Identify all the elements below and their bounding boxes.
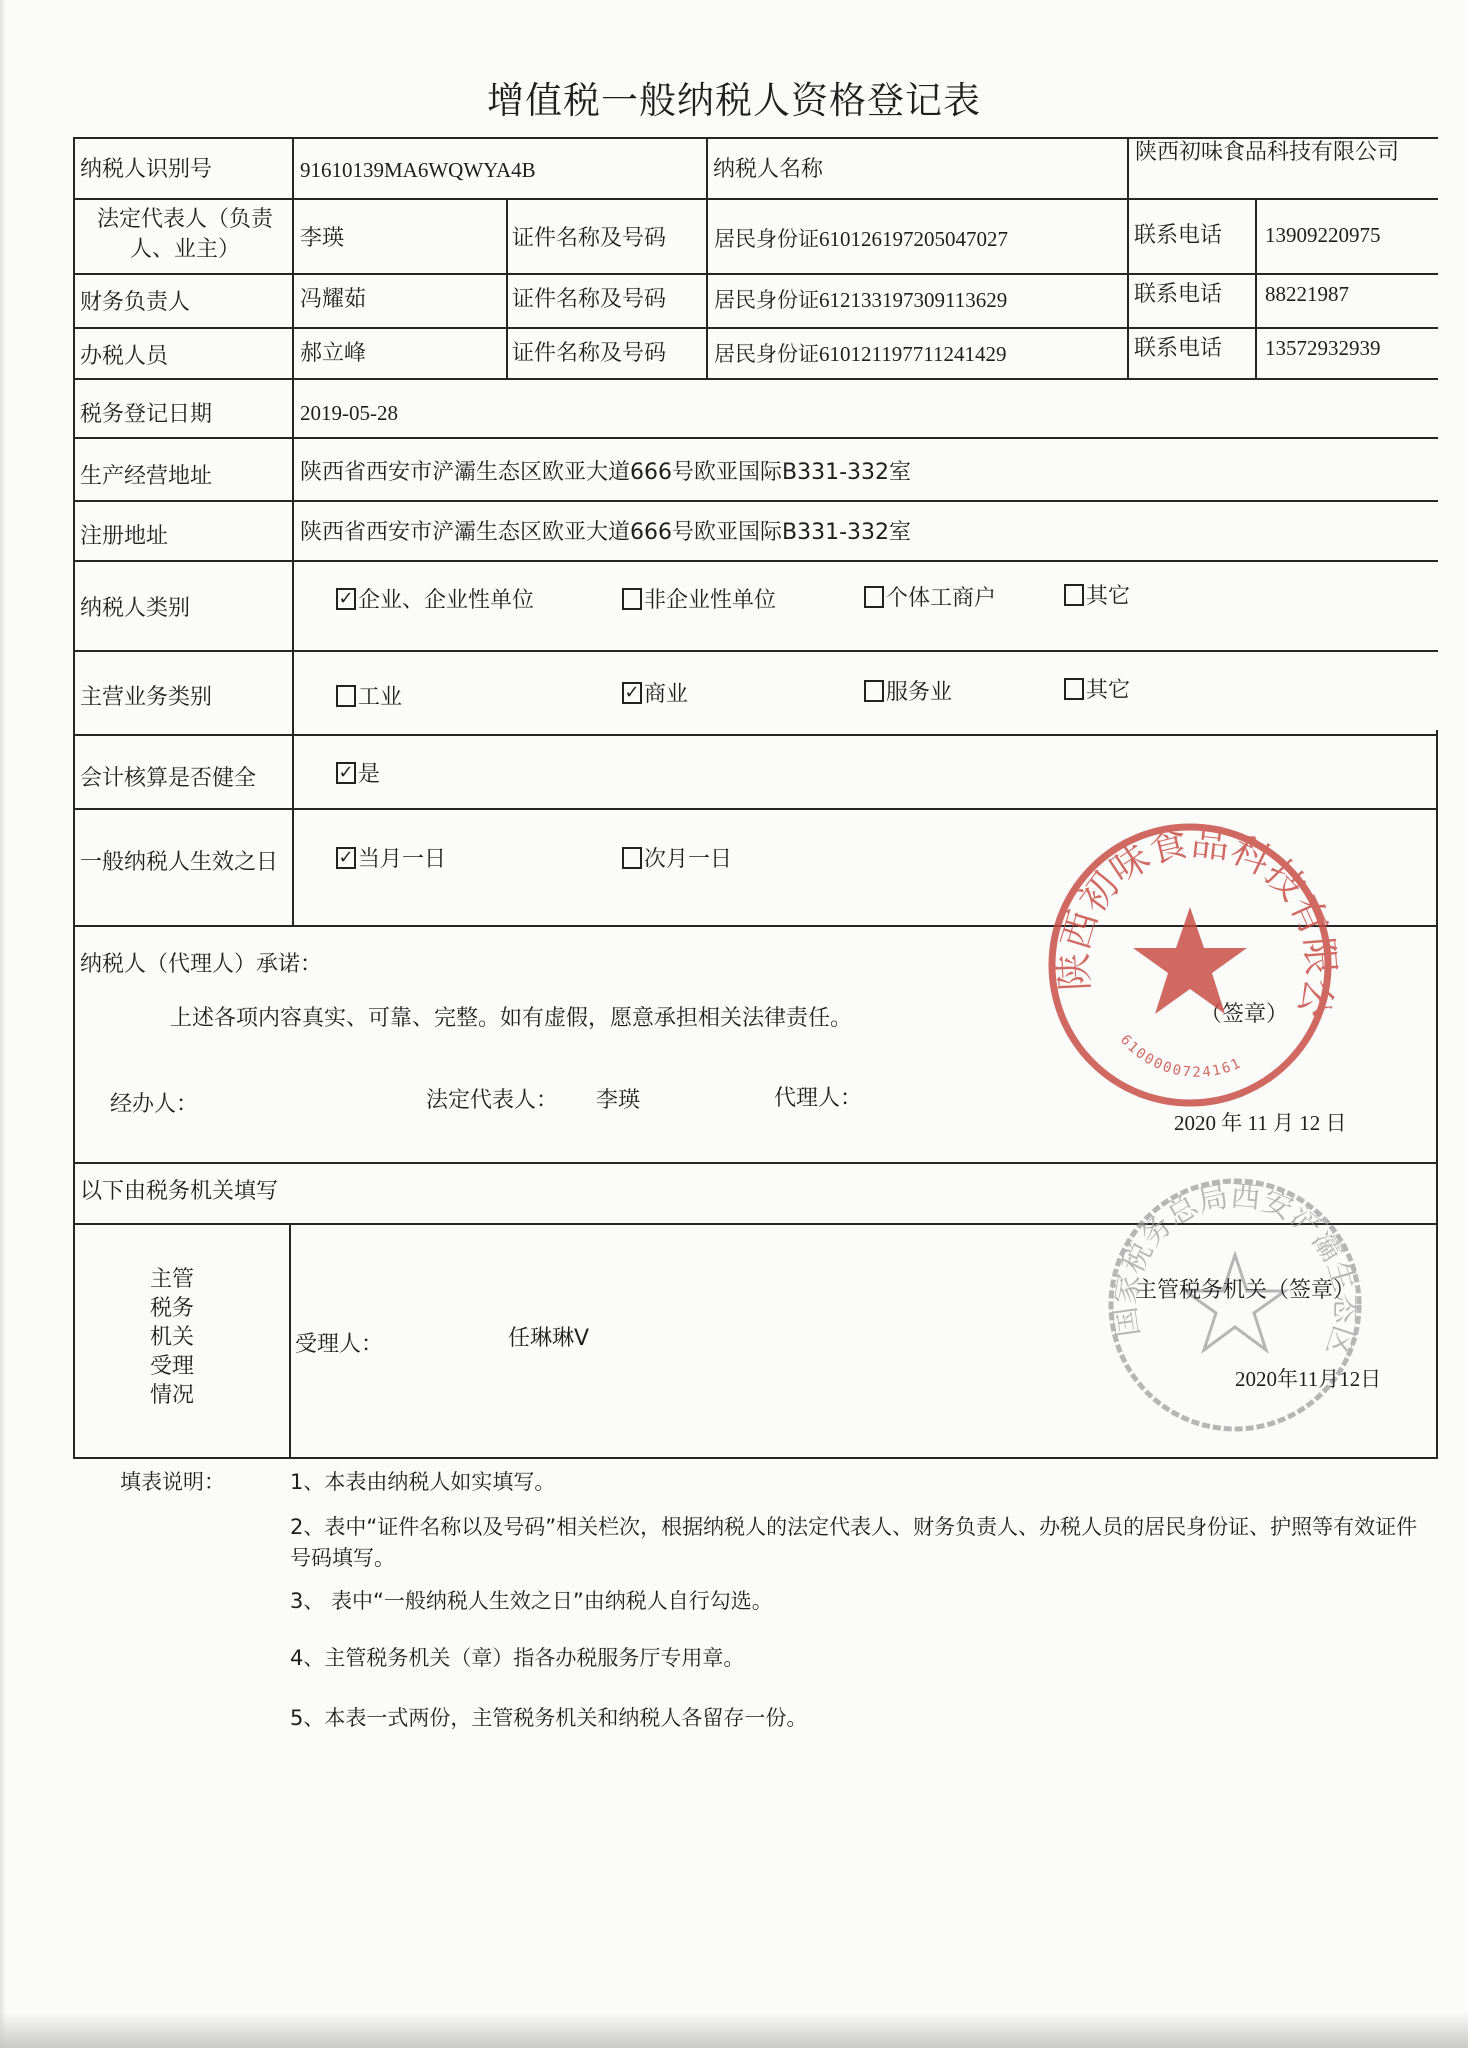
instructions-heading: 填表说明：: [120, 1467, 225, 1497]
taxpayer-type-non-enterprise-checkbox[interactable]: 非企业性单位: [622, 583, 776, 614]
registration-date-label: 税务登记日期: [80, 400, 212, 430]
registration-date-value: 2019-05-28: [300, 398, 398, 428]
svg-text:6100000724161: 6100000724161: [1117, 1032, 1245, 1081]
pledge-text: 上述各项内容真实、可靠、完整。如有虚假，愿意承担相关法律责任。: [170, 1004, 852, 1034]
page-edge-shadow: [0, 0, 6, 2048]
tax-authority-seal-label: 主管税务机关（签章）: [1135, 1276, 1355, 1306]
check-icon: ✓: [336, 762, 356, 784]
taxpayer-name-label: 纳税人名称: [713, 155, 823, 185]
legal-rep-cert-value: 居民身份证610126197205047027: [714, 224, 1008, 254]
instruction-item: 4、主管税务机关（章）指各办税服务厅专用章。: [290, 1643, 744, 1673]
registered-address-value: 陕西省西安市浐灞生态区欧亚大道666号欧亚国际B331-332室: [300, 518, 911, 548]
pledge-heading: 纳税人（代理人）承诺：: [80, 950, 322, 980]
checkbox-icon: [622, 588, 642, 610]
tax-officer-role-label: 办税人员: [80, 342, 168, 372]
accounting-yes-checkbox[interactable]: ✓是: [336, 757, 380, 788]
checkbox-icon: [622, 847, 642, 869]
checkbox-icon: [1064, 678, 1084, 700]
main-business-industry-checkbox[interactable]: 工业: [336, 680, 402, 711]
finance-head-role-label: 财务负责人: [80, 288, 190, 318]
agent-label: 代理人：: [774, 1084, 862, 1114]
taxpayer-id-value: 91610139MA6WQWYA4B: [300, 155, 536, 185]
tax-officer-name: 郝立峰: [300, 339, 366, 369]
business-address-value: 陕西省西安市浐灞生态区欧亚大道666号欧亚国际B331-332室: [300, 458, 911, 488]
legal-rep-cert-label: 证件名称及号码: [512, 224, 666, 254]
checkbox-icon: [1064, 584, 1084, 606]
main-business-service-checkbox[interactable]: 服务业: [864, 675, 952, 706]
company-seal-stamp: 陕西初味食品科技有限公司 6100000724161: [1040, 815, 1340, 1115]
check-icon: ✓: [336, 847, 356, 869]
handler-label: 经办人：: [110, 1090, 198, 1120]
checkbox-icon: [864, 586, 884, 608]
check-icon: ✓: [622, 682, 642, 704]
accepting-officer-label: 受理人：: [295, 1330, 383, 1360]
instruction-item: 2、表中“证件名称以及号码”相关栏次，根据纳税人的法定代表人、财务负责人、办税人…: [290, 1512, 1430, 1574]
legal-rep-signature-label: 法定代表人：: [426, 1086, 558, 1116]
form-title: 增值税一般纳税人资格登记表: [0, 70, 1468, 124]
effective-date-current-month-checkbox[interactable]: ✓当月一日: [336, 842, 446, 873]
taxpayer-name-value: 陕西初味食品科技有限公司: [1135, 137, 1425, 168]
instruction-item: 1、本表由纳税人如实填写。: [290, 1467, 555, 1497]
legal-rep-role-label: 法定代表人（负责人、业主）: [80, 205, 290, 265]
legal-rep-phone: 13909220975: [1265, 220, 1381, 250]
registered-address-label: 注册地址: [80, 522, 168, 552]
accounting-label: 会计核算是否健全: [80, 764, 256, 794]
page-bottom-shadow: [0, 2012, 1468, 2048]
taxpayer-type-label: 纳税人类别: [80, 594, 190, 624]
finance-head-phone-label: 联系电话: [1134, 280, 1222, 310]
finance-head-cert-value: 居民身份证612133197309113629: [714, 285, 1007, 315]
effective-date-label: 一般纳税人生效之日: [80, 848, 280, 878]
instruction-item: 3、 表中“一般纳税人生效之日”由纳税人自行勾选。: [290, 1586, 773, 1616]
taxpayer-type-individual-checkbox[interactable]: 个体工商户: [864, 581, 996, 612]
tax-officer-cert-label: 证件名称及号码: [512, 339, 666, 369]
legal-rep-name: 李瑛: [300, 224, 344, 254]
main-business-commerce-checkbox[interactable]: ✓商业: [622, 677, 688, 708]
finance-head-phone: 88221987: [1265, 279, 1349, 309]
check-icon: ✓: [336, 588, 356, 610]
authority-section-heading: 以下由税务机关填写: [80, 1177, 278, 1207]
tax-authority-date: 2020年11月12日: [1235, 1364, 1381, 1394]
effective-date-next-month-checkbox[interactable]: 次月一日: [622, 842, 732, 873]
instruction-item: 5、本表一式两份，主管税务机关和纳税人各留存一份。: [290, 1703, 807, 1733]
checkbox-icon: [864, 680, 884, 702]
legal-rep-phone-label: 联系电话: [1134, 221, 1222, 251]
accepting-officer-value: 任琳琳V: [508, 1324, 589, 1354]
tax-officer-phone-label: 联系电话: [1134, 334, 1222, 364]
taxpayer-type-other-checkbox[interactable]: 其它: [1064, 579, 1130, 610]
checkbox-icon: [336, 685, 356, 707]
tax-officer-phone: 13572932939: [1265, 333, 1381, 363]
main-business-label: 主营业务类别: [80, 683, 212, 713]
authority-side-label: 主管 税务 机关 受理 情况: [150, 1265, 220, 1410]
finance-head-cert-label: 证件名称及号码: [512, 285, 666, 315]
taxpayer-id-label: 纳税人识别号: [80, 155, 212, 185]
tax-officer-cert-value: 居民身份证610121197711241429: [714, 339, 1006, 369]
legal-rep-signature-value: 李瑛: [596, 1086, 640, 1116]
finance-head-name: 冯耀茹: [300, 285, 366, 315]
main-business-other-checkbox[interactable]: 其它: [1064, 673, 1130, 704]
business-address-label: 生产经营地址: [80, 462, 212, 492]
taxpayer-type-enterprise-checkbox[interactable]: ✓企业、企业性单位: [336, 583, 534, 614]
